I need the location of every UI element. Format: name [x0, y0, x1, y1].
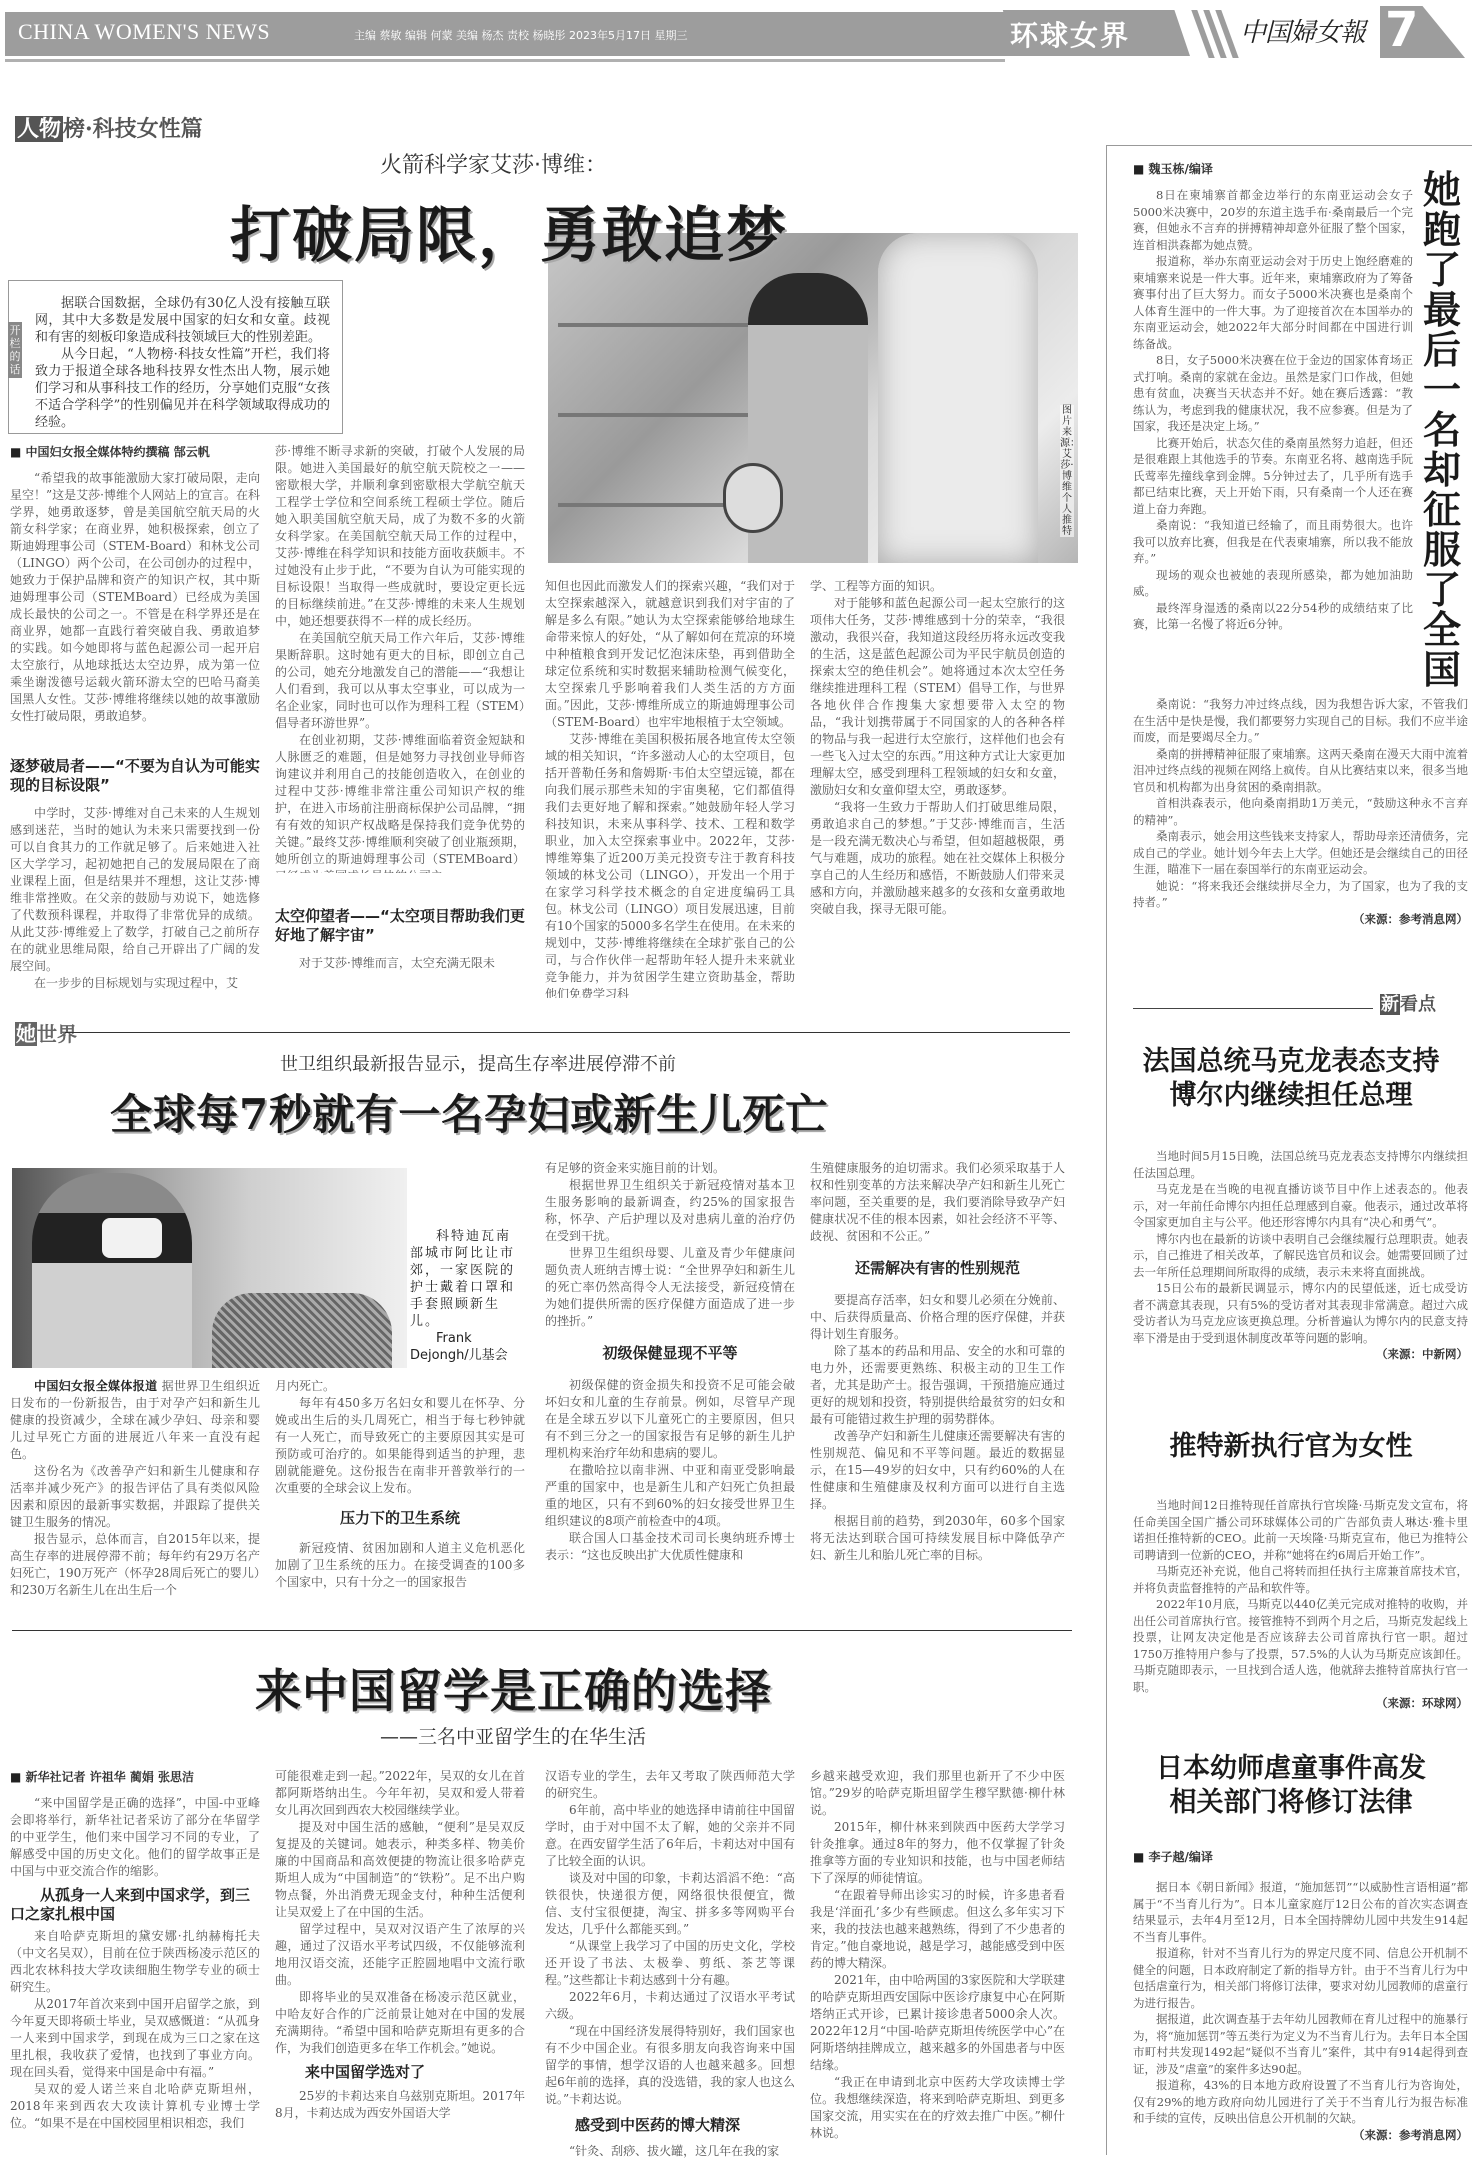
article-subhead: 感受到中医药的博大精深	[545, 2116, 795, 2135]
page-number: 7	[1385, 2, 1418, 58]
photo-shelf	[558, 323, 778, 327]
article-deck: 世卫组织最新报告显示，提高生存率进展停滞不前	[280, 1050, 676, 1076]
column-label-text: 榜·科技女性篇	[63, 116, 203, 142]
editor-intro-text: 据联合国数据，全球仍有30亿人没有接触互联网，其中大多数是发展中国家的妇女和女童…	[35, 295, 330, 431]
article-headline: 法国总统马克龙表态支持 博尔内继续担任总理	[1110, 1045, 1472, 1113]
section-divider	[65, 1032, 1070, 1033]
article-column: 新华社记者 许祖华 蔺娟 张思洁 “来中国留学是正确的选择”，中国-中亚峰会即将…	[10, 1768, 260, 2163]
article-photo-nurse	[12, 1168, 407, 1368]
article-column: 逐梦破局者——“不要为自认为可能实现的目标设限” 中学时，艾莎·博维对自己未来的…	[10, 757, 260, 997]
column-label: 人物榜·科技女性篇	[15, 112, 203, 143]
photo-credit: 图片来源：艾莎·博维个人推特	[1060, 405, 1074, 537]
masthead-meta: 主编 蔡敏 编辑 何蒙 美编 杨杰 责校 杨晓彤 2023年5月17日 星期三	[354, 27, 687, 43]
article-byline: 新华社记者 许祖华 蔺娟 张思洁	[10, 1768, 260, 1785]
article-byline: 魏玉栋/编译	[1133, 160, 1413, 177]
article-subhead: 初级保健显现不平等	[545, 1344, 795, 1363]
article-column: 当地时间12日推特现任首席执行官埃隆·马斯克发文宣布，将任命美国全国广播公司环球…	[1133, 1497, 1468, 1717]
photo-credit: Frank Dejongh/儿基会	[410, 1330, 525, 1364]
article-subhead: 从孤身一人来到中国求学，到三口之家扎根中国	[10, 1886, 260, 1924]
section-divider	[12, 1630, 1072, 1631]
article-column: 当地时间5月15日晚，法国总统马克龙表态支持博尔内继续担任法国总理。 马克龙是在…	[1133, 1148, 1468, 1408]
article-column: 李子越/编译 据日本《朝日新闻》报道，“施加惩罚”“以威胁性言语相逼”都属于“不…	[1133, 1848, 1468, 2158]
article-column: 中国妇女报全媒体报道 据世界卫生组织近日发布的一份新报告，由于对孕产妇和新生儿健…	[10, 1378, 260, 1623]
article-column: 有足够的资金来实施目前的计划。 根据世界卫生组织关于新冠疫情对基本卫生服务影响的…	[545, 1160, 795, 1625]
article-subhead: 还需解决有害的性别规范	[810, 1259, 1065, 1278]
photo-caption: 科特迪瓦南部城市阿比让市郊，一家医院的护士戴着口罩和手套照顾新生儿。 Frank…	[410, 1228, 525, 1364]
right-column-border	[1106, 145, 1107, 2155]
article-byline: 李子越/编译	[1133, 1848, 1468, 1865]
column-label-inverse: 她	[15, 1022, 37, 1046]
article-subhead: 太空仰望者——“太空项目帮助我们更好地了解宇宙”	[275, 907, 525, 945]
article-column: 学、工程等方面的知识。 对于能够和蓝色起源公司一起太空旅行的这项伟大任务，艾莎·…	[810, 578, 1065, 998]
photo-spacesuit	[878, 233, 1038, 563]
masthead-underline	[5, 59, 1005, 62]
photo-newborn	[212, 1293, 392, 1368]
article-deck: 火箭科学家艾莎·博维：	[380, 148, 607, 179]
source-attribution: （来源：中新网）	[1133, 1346, 1468, 1362]
article-subhead: 逐梦破局者——“不要为自认为可能实现的目标设限”	[10, 757, 260, 795]
article-column: 知但也因此而激发人们的探索兴趣，“我们对于太空探索越深入，就越意识到我们对宇宙的…	[545, 578, 795, 998]
photo-nurse	[32, 1173, 192, 1368]
source-attribution: （来源：参考消息网）	[1133, 2127, 1468, 2143]
editor-intro-box: 据联合国数据，全球仍有30亿人没有接触互联网，其中大多数是发展中国家的妇女和女童…	[8, 280, 343, 434]
article-headline: 推特新执行官为女性	[1110, 1430, 1472, 1464]
intro-vertical-label: 开栏的话	[8, 322, 22, 378]
article-column: 可能很难走到一起。”2022年，吴双的女儿在首都阿斯塔纳出生。今年年初，吴双和爱…	[275, 1768, 525, 2163]
article-headline: 来中国留学是正确的选择	[255, 1655, 772, 1721]
article-column: 乡越来越受欢迎，我们那里也新开了不少中医馆。”29岁的哈萨克斯坦留学生穆罕默德·…	[810, 1768, 1065, 2163]
article-headline: 全球每7秒就有一名孕妇或新生儿死亡	[110, 1082, 828, 1142]
article-column: 桑南说：“我努力冲过终点线，因为我想告诉大家，不管我们在生活中是快是慢，我们都要…	[1133, 696, 1468, 976]
article-column: 月内死亡。 每年有450多万名妇女和婴儿在怀孕、分娩或出生后的头几周死亡，相当于…	[275, 1378, 525, 1623]
article-column: 太空仰望者——“太空项目帮助我们更好地了解宇宙” 对于艾莎·博维而言，太空充满无…	[275, 907, 525, 997]
article-column: 生殖健康服务的迫切需求。我们必须采取基于人权和性别变革的方法来解决孕产妇和新生儿…	[810, 1160, 1065, 1625]
photo-helmet	[723, 463, 783, 533]
column-label-inverse: 新	[1380, 994, 1400, 1015]
section-divider	[1133, 1008, 1373, 1009]
article-photo-scientist	[548, 233, 1078, 563]
right-column-top-rule	[1106, 145, 1472, 146]
article-headline: 打破局限，勇敢追梦	[230, 188, 788, 274]
column-label: 新看点	[1380, 990, 1436, 1016]
article-subhead: 压力下的卫生系统	[275, 1509, 525, 1528]
photo-mask	[102, 1218, 162, 1258]
column-label-text: 看点	[1400, 994, 1436, 1015]
source-attribution: （来源：环球网）	[1133, 1695, 1468, 1711]
photo-shelf	[558, 413, 778, 417]
newspaper-logo: 中国婦女報	[1240, 12, 1365, 49]
section-title: 环球女界	[1010, 14, 1130, 54]
newspaper-brand: CHINA WOMEN'S NEWS	[18, 19, 270, 45]
article-headline: 日本幼师虐童事件高发 相关部门将修订法律	[1110, 1752, 1472, 1820]
article-column: 中国妇女报全媒体特约撰稿 郜云帆 “希望我的故事能激励大家打破局限，走向星空！”…	[10, 443, 260, 748]
article-column: 汉语专业的学生，去年又考取了陕西师范大学的研究生。 6年前，高中毕业的她选择申请…	[545, 1768, 795, 2163]
source-attribution: （来源：参考消息网）	[1133, 911, 1468, 927]
vertical-headline: 她跑了最后一名却征服了全国	[1422, 170, 1462, 690]
article-subheadline: ——三名中亚留学生的在华生活	[380, 1722, 646, 1749]
article-byline: 中国妇女报全媒体特约撰稿 郜云帆	[10, 443, 260, 460]
masthead: CHINA WOMEN'S NEWS 主编 蔡敏 编辑 何蒙 美编 杨杰 责校 …	[0, 0, 1472, 70]
column-label-inverse: 人物	[15, 116, 63, 142]
article-subhead: 来中国留学选对了	[275, 2063, 525, 2082]
column-label-text: 世界	[37, 1022, 77, 1046]
article-column: 莎·博维不断寻求新的突破，打破个人发展的局限。她进入美国最好的航空航天院校之一—…	[275, 443, 525, 873]
lead-bold: 中国妇女报全媒体报道	[34, 1379, 157, 1393]
